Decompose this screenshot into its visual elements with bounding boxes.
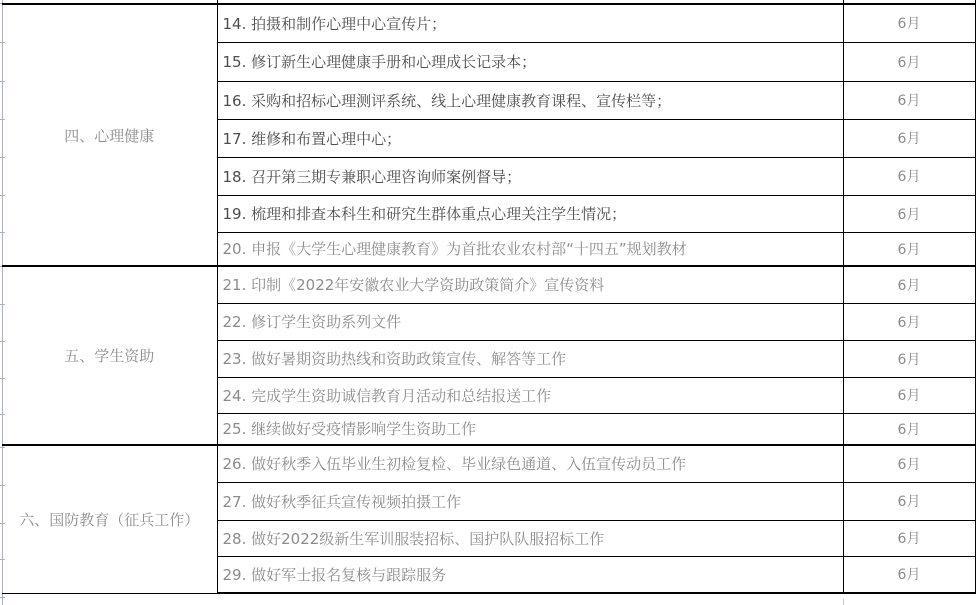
task-cell: 19. 梳理和排查本科生和研究生群体重点心理关注学生情况；: [217, 195, 843, 232]
task-cell: 24. 完成学生资助诚信教育月活动和总结报送工作: [217, 377, 843, 413]
task-cell: 16. 采购和招标心理测评系统、线上心理健康教育课程、宣传栏等；: [217, 81, 843, 119]
month-cell: 6月: [843, 340, 975, 377]
month-cell: 6月: [843, 520, 975, 556]
task-cell: 29. 做好军士报名复核与跟踪服务: [217, 556, 843, 593]
month-cell: 6月: [843, 482, 975, 520]
month-cell: 6月: [843, 119, 975, 157]
task-cell: 20. 申报《大学生心理健康教育》为首批农业农村部“十四五”规划教材: [217, 232, 843, 266]
month-cell: 6月: [843, 413, 975, 445]
month-cell: 6月: [843, 377, 975, 413]
task-cell: 17. 维修和布置心理中心；: [217, 119, 843, 157]
month-cell: 6月: [843, 195, 975, 232]
work-plan-table: 四、心理健康 14. 拍摄和制作心理中心宣传片； 6月 15. 修订新生心理健康…: [2, 3, 976, 594]
month-cell: 6月: [843, 42, 975, 81]
task-cell: 27. 做好秋季征兵宣传视频拍摄工作: [217, 482, 843, 520]
month-cell: 6月: [843, 232, 975, 266]
month-cell: 6月: [843, 4, 975, 42]
task-cell: 18. 召开第三期专兼职心理咨询师案例督导；: [217, 157, 843, 195]
month-cell: 6月: [843, 157, 975, 195]
category-cell-student-aid: 五、学生资助: [2, 266, 217, 445]
task-cell: 28. 做好2022级新生军训服装招标、国护队队服招标工作: [217, 520, 843, 556]
month-cell: 6月: [843, 303, 975, 340]
task-cell: 23. 做好暑期资助热线和资助政策宣传、解答等工作: [217, 340, 843, 377]
month-cell: 6月: [843, 81, 975, 119]
work-plan-table-screenshot: 四、心理健康 14. 拍摄和制作心理中心宣传片； 6月 15. 修订新生心理健康…: [0, 0, 978, 605]
task-cell: 21. 印制《2022年安徽农业大学资助政策简介》宣传资料: [217, 266, 843, 303]
task-cell: 22. 修订学生资助系列文件: [217, 303, 843, 340]
task-cell: 15. 修订新生心理健康手册和心理成长记录本；: [217, 42, 843, 81]
category-cell-national-defense: 六、国防教育（征兵工作）: [2, 445, 217, 593]
month-cell: 6月: [843, 266, 975, 303]
table-row: 四、心理健康 14. 拍摄和制作心理中心宣传片； 6月: [2, 4, 975, 42]
month-cell: 6月: [843, 445, 975, 482]
task-cell: 26. 做好秋季入伍毕业生初检复检、毕业绿色通道、入伍宣传动员工作: [217, 445, 843, 482]
task-cell: 14. 拍摄和制作心理中心宣传片；: [217, 4, 843, 42]
month-cell: 6月: [843, 556, 975, 593]
category-cell-psych-health: 四、心理健康: [2, 4, 217, 266]
table-row: 五、学生资助 21. 印制《2022年安徽农业大学资助政策简介》宣传资料 6月: [2, 266, 975, 303]
cutoff-gridline-bottom: [843, 599, 844, 605]
task-cell: 25. 继续做好受疫情影响学生资助工作: [217, 413, 843, 445]
table-row: 六、国防教育（征兵工作） 26. 做好秋季入伍毕业生初检复检、毕业绿色通道、入伍…: [2, 445, 975, 482]
